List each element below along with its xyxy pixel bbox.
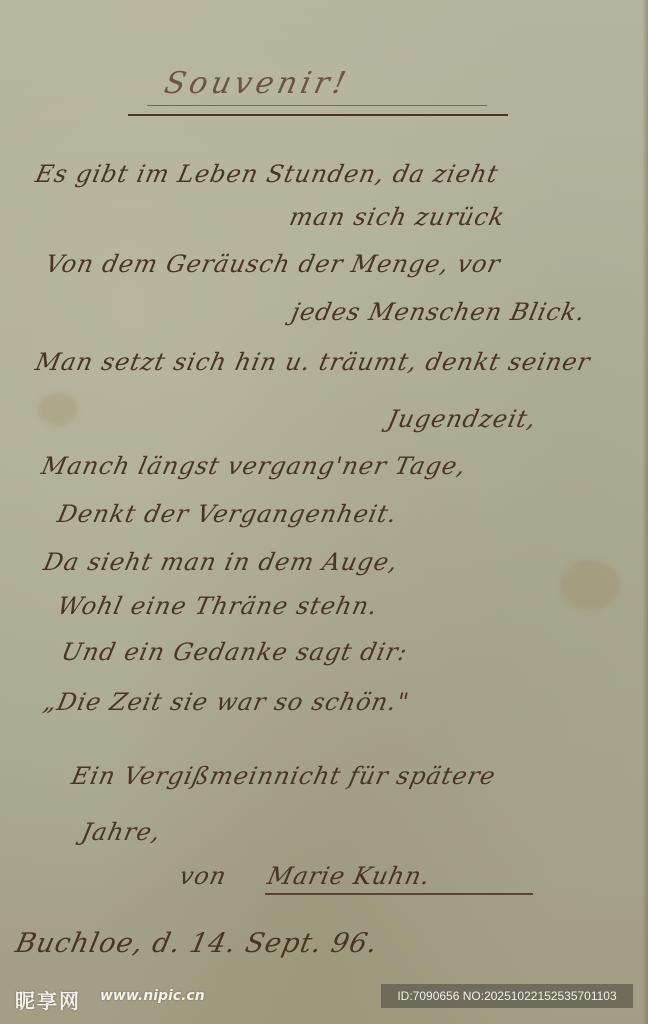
scanned-album-page: Souvenir! Es gibt im Leben Stunden, da z… bbox=[0, 0, 648, 1024]
signature-prefix: von bbox=[177, 862, 229, 890]
poem-line: jedes Menschen Blick. bbox=[289, 298, 588, 326]
signature-name: Marie Kuhn. bbox=[265, 862, 433, 890]
page-edge-shadow bbox=[642, 0, 648, 1024]
dedication-line: Jahre, bbox=[79, 818, 164, 846]
page-title: Souvenir! bbox=[161, 66, 352, 101]
title-underline-thin bbox=[147, 105, 487, 106]
paper-stain bbox=[560, 560, 620, 610]
poem-line: Und ein Gedanke sagt dir: bbox=[59, 638, 410, 666]
poem-line: „Die Zeit sie war so schön." bbox=[41, 688, 412, 716]
signature-underline bbox=[265, 893, 533, 895]
poem-line: man sich zurück bbox=[287, 203, 508, 231]
watermark-site-logo: 昵享网 bbox=[15, 985, 81, 1014]
poem-line: Man setzt sich hin u. träumt, denkt sein… bbox=[33, 348, 593, 376]
dedication-line: Ein Vergißmeinnicht für spätere bbox=[69, 762, 498, 790]
poem-line: Da sieht man in dem Auge, bbox=[41, 548, 401, 576]
poem-line: Manch längst vergang'ner Tage, bbox=[39, 452, 469, 480]
watermark-id-badge: ID:7090656 NO:20251022152535701103 bbox=[381, 984, 633, 1008]
poem-line: Wohl eine Thräne stehn. bbox=[55, 592, 381, 620]
poem-line: Denkt der Vergangenheit. bbox=[55, 500, 400, 528]
poem-line: Jugendzeit, bbox=[385, 405, 539, 433]
poem-line: Von dem Geräusch der Menge, vor bbox=[43, 250, 503, 278]
poem-line: Es gibt im Leben Stunden, da zieht bbox=[33, 160, 501, 188]
watermark-url: www.nipic.cn bbox=[100, 988, 205, 1004]
place-and-date: Buchloe, d. 14. Sept. 96. bbox=[13, 928, 381, 959]
paper-stain bbox=[38, 392, 78, 426]
title-underline-thick bbox=[128, 114, 508, 116]
